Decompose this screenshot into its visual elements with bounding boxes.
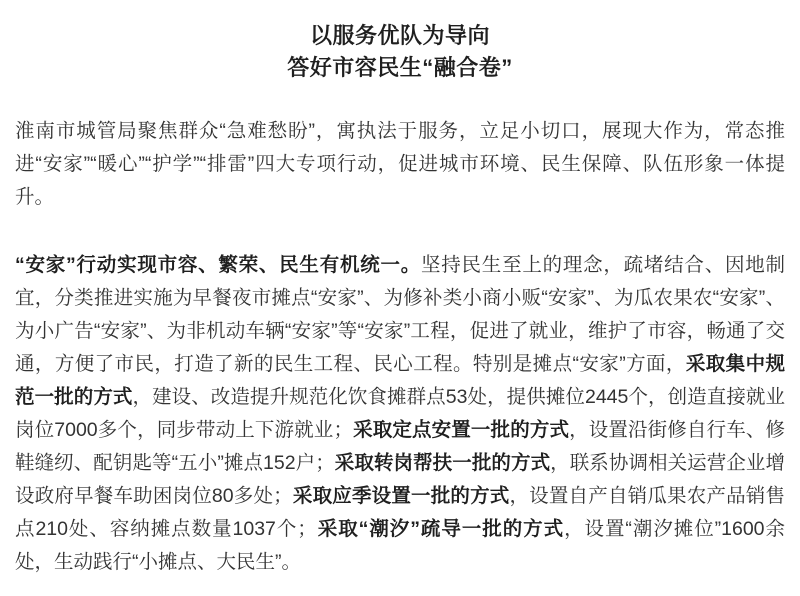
article-body: 淮南市城管局聚焦群众“急难愁盼”，寓执法于服务，立足小切口，展现大作为，常态推进… [15,115,785,579]
text-segment: 淮南市城管局聚焦群众“急难愁盼”，寓执法于服务，立足小切口，展现大作为，常态推进… [15,120,785,208]
bold-text-segment: 采取转岗帮扶一批的方式 [335,452,550,474]
article-page: 以服务优队为导向 答好市容民生“融合卷” 淮南市城管局聚焦群众“急难愁盼”，寓执… [0,0,800,596]
bold-text-segment: 采取定点安置一批的方式 [353,419,569,441]
paragraph: “安家”行动实现市容、繁荣、民生有机统一。坚持民生至上的理念，疏堵结合、因地制宜… [15,249,785,579]
article-title-line1: 以服务优队为导向 [15,20,785,52]
article-title-line2: 答好市容民生“融合卷” [15,52,785,84]
paragraph: 淮南市城管局聚焦群众“急难愁盼”，寓执法于服务，立足小切口，展现大作为，常态推进… [15,115,785,214]
bold-text-segment: 采取应季设置一批的方式 [293,485,510,507]
bold-text-segment: “安家”行动实现市容、繁荣、民生有机统一。 [15,254,421,276]
article-title: 以服务优队为导向 答好市容民生“融合卷” [15,20,785,84]
bold-text-segment: 采取“潮汐”疏导一批的方式 [317,518,564,540]
